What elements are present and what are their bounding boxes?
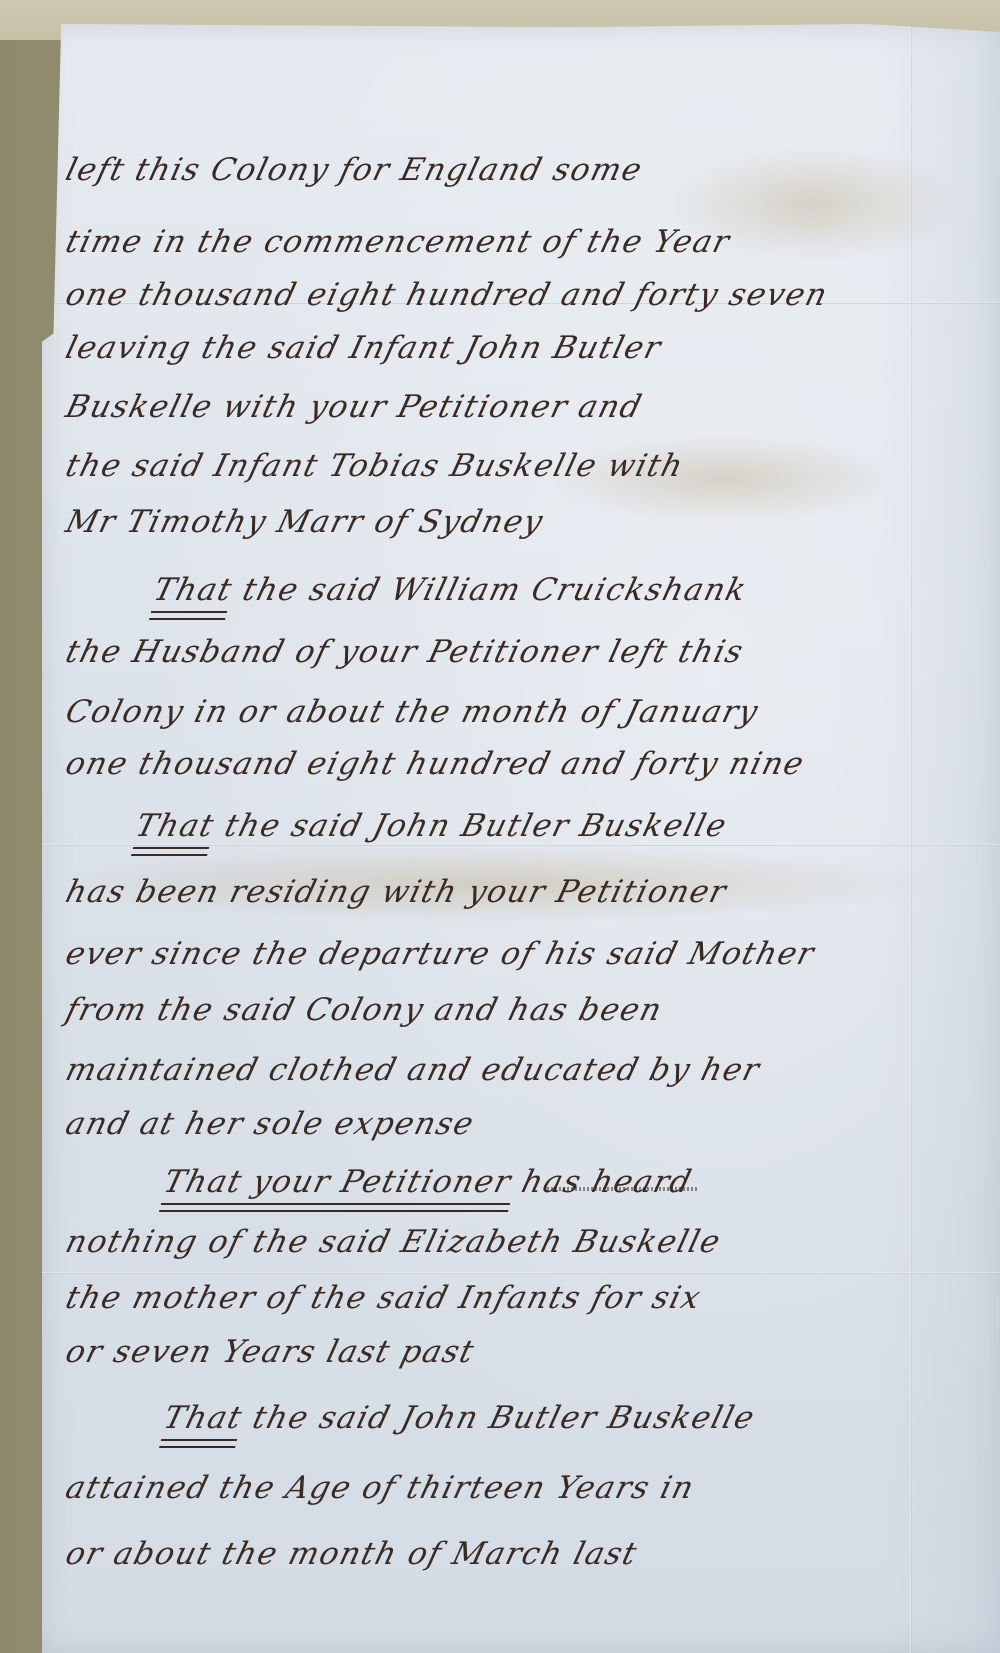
- text-line: or seven Years last past: [62, 1334, 479, 1370]
- text-line: has been residing with your Petitioner: [62, 874, 731, 910]
- paragraph-opening-line: That your Petitioner has heard: [160, 1164, 696, 1200]
- text-line: Buskelle with your Petitioner and: [62, 389, 646, 425]
- text-line: Mr Timothy Marr of Sydney: [62, 504, 547, 540]
- manuscript-page: left this Colony for England some time i…: [42, 24, 1000, 1653]
- text-line: from the said Colony and has been: [62, 992, 666, 1028]
- that-heading: That: [132, 808, 219, 844]
- text-segment: the said William Cruickshank: [239, 572, 751, 608]
- text-line: nothing of the said Elizabeth Buskelle: [62, 1224, 725, 1260]
- text-line: the Husband of your Petitioner left this: [62, 634, 748, 670]
- text-segment: the said John Butler Buskelle: [221, 808, 731, 844]
- text-line: ever since the departure of his said Mot…: [62, 936, 819, 972]
- text-line: maintained clothed and educated by her: [62, 1052, 764, 1088]
- paragraph-opening-line: That the said William Cruickshank: [150, 572, 751, 608]
- text-line: one thousand eight hundred and forty nin…: [62, 746, 809, 782]
- paragraph-opening-line: That the said John Butler Buskelle: [160, 1400, 759, 1436]
- that-heading: That: [160, 1400, 247, 1436]
- text-segment: the said John Butler Buskelle: [249, 1400, 759, 1436]
- text-line: the said Infant Tobias Buskelle with: [62, 448, 688, 484]
- text-segment: has heard: [518, 1164, 696, 1200]
- text-line: left this Colony for England some: [62, 152, 647, 188]
- text-line: the mother of the said Infants for six: [62, 1280, 705, 1316]
- text-line: or about the month of March last: [62, 1536, 641, 1572]
- text-line: and at her sole expense: [62, 1106, 478, 1142]
- text-line: time in the commencement of the Year: [62, 224, 734, 260]
- text-line: leaving the said Infant John Butler: [62, 330, 666, 366]
- that-heading: That: [150, 572, 237, 608]
- paragraph-opening-line: That the said John Butler Buskelle: [132, 808, 731, 844]
- text-line: one thousand eight hundred and forty sev…: [62, 277, 832, 313]
- text-line: Colony in or about the month of January: [62, 694, 763, 730]
- handwritten-text: left this Colony for England some time i…: [42, 24, 1000, 1653]
- that-heading: That your Petitioner: [160, 1164, 516, 1200]
- text-line: attained the Age of thirteen Years in: [62, 1470, 699, 1506]
